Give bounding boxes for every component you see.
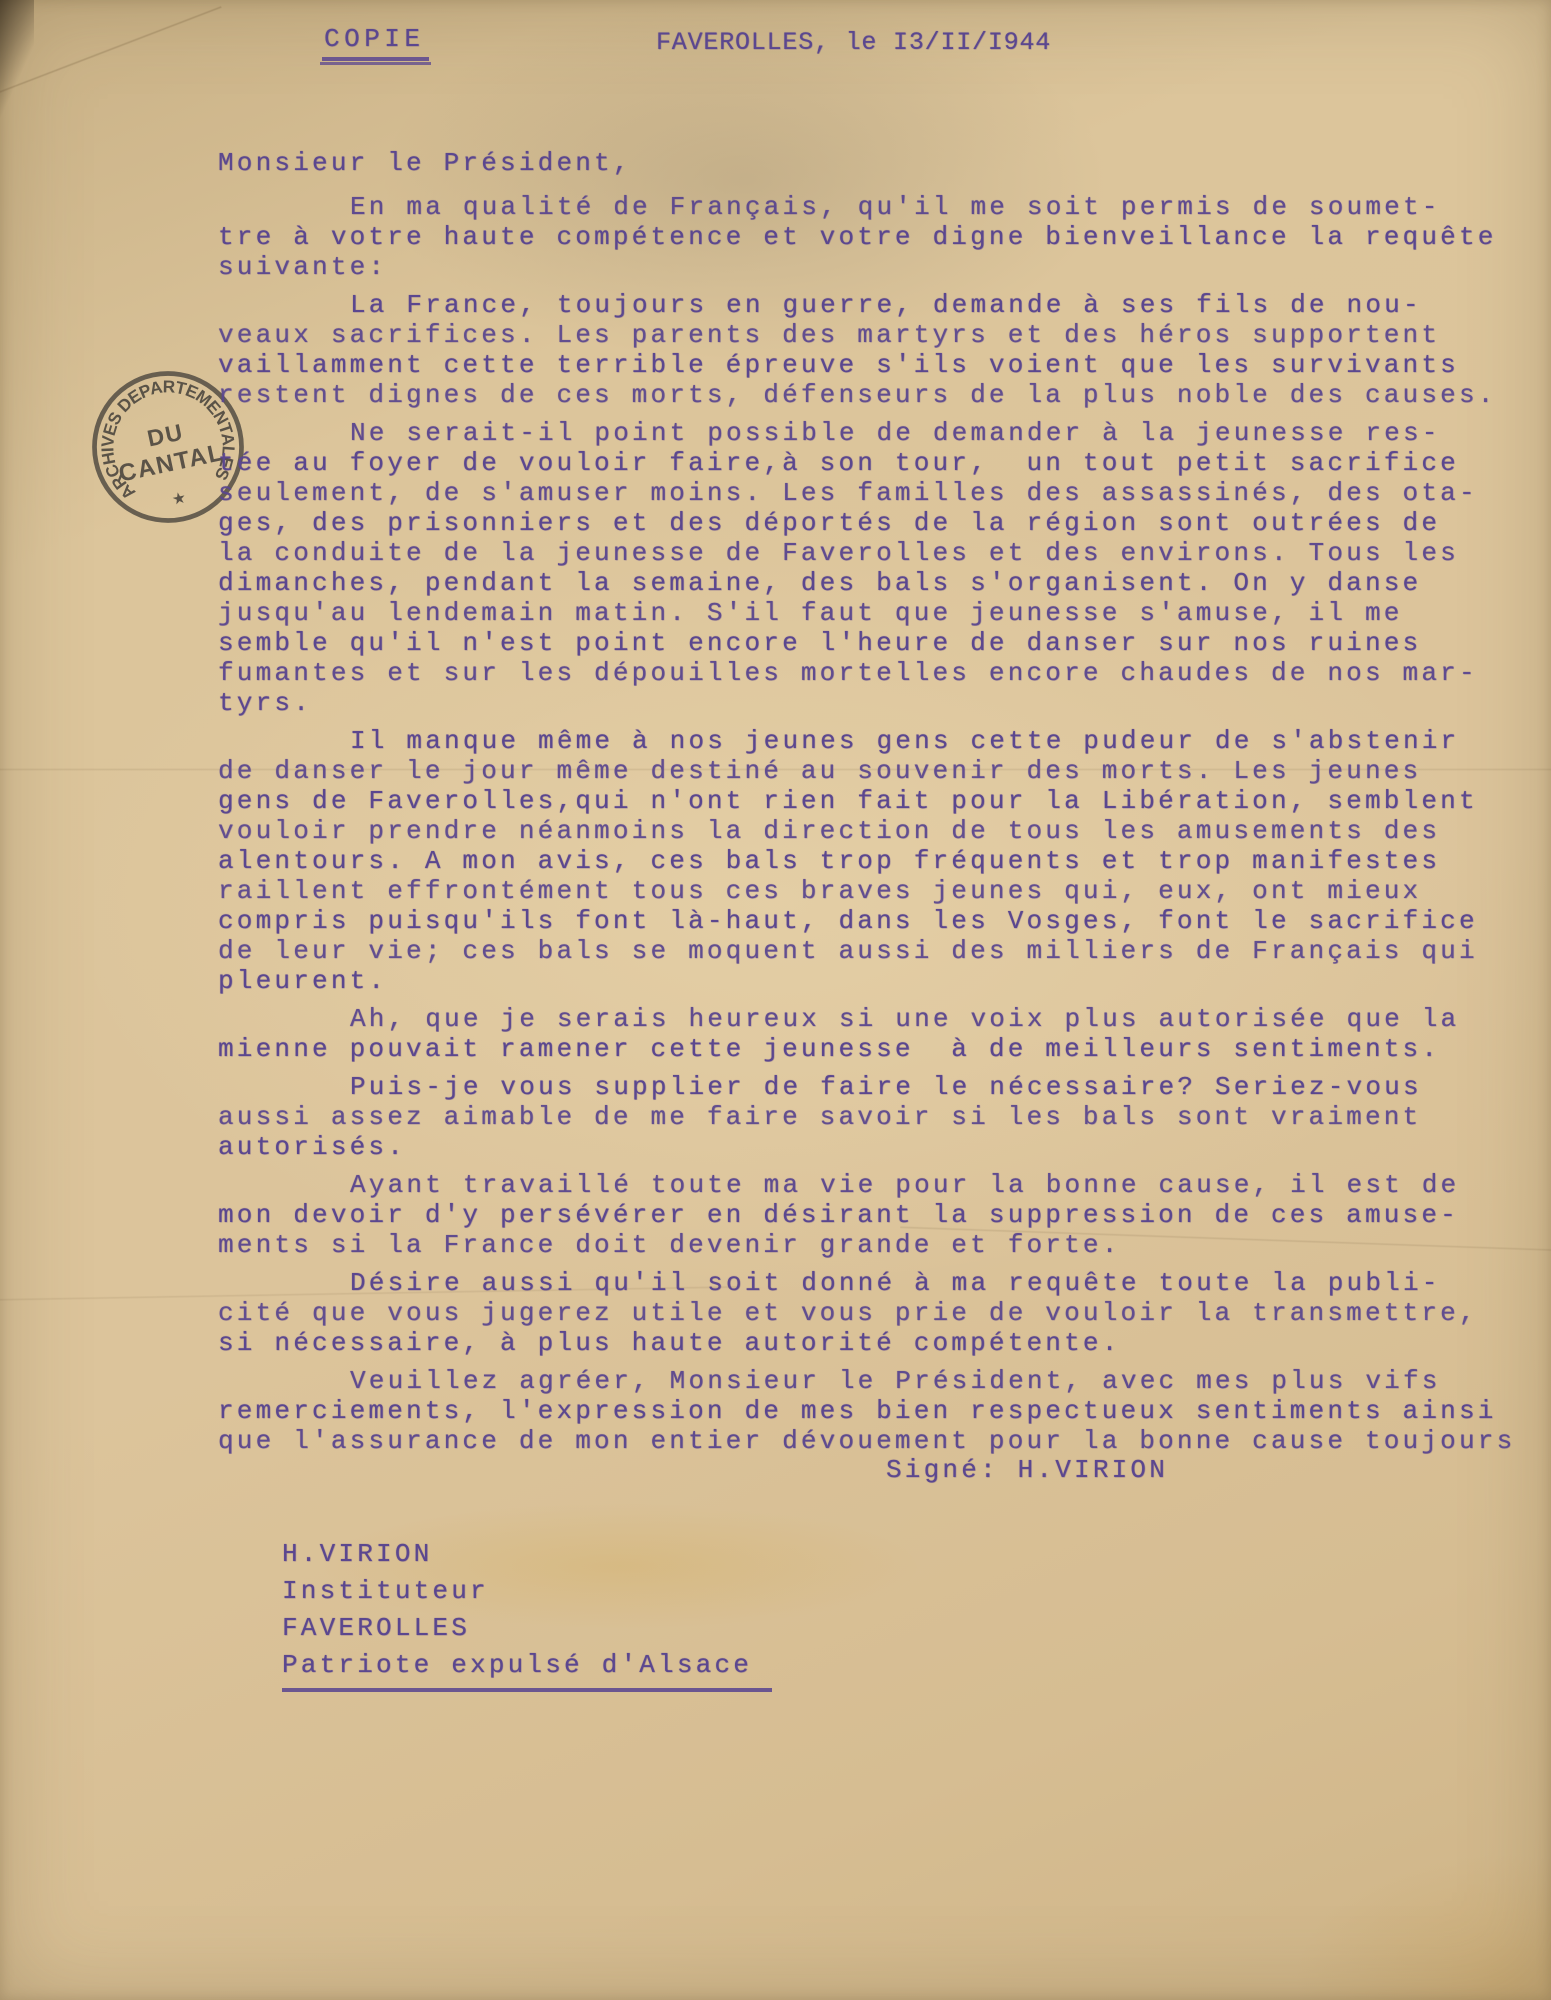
letter-line: si nécessaire, à plus haute autorité com… bbox=[218, 1328, 1538, 1358]
letter-line: seulement, de s'amuser moins. Les famill… bbox=[218, 478, 1538, 508]
letter-line: pleurent. bbox=[218, 966, 1538, 996]
letter-line: aussi assez aimable de me faire savoir s… bbox=[218, 1102, 1538, 1132]
salutation: Monsieur le Président, bbox=[218, 148, 1538, 178]
letter-line: dimanches, pendant la semaine, des bals … bbox=[218, 568, 1538, 598]
letter-line: Désire aussi qu'il soit donné à ma requê… bbox=[218, 1268, 1538, 1298]
paragraph: Ayant travaillé toute ma vie pour la bon… bbox=[218, 1170, 1538, 1260]
letter-line: ments si la France doit devenir grande e… bbox=[218, 1230, 1538, 1260]
signature-title: Instituteur bbox=[282, 1573, 772, 1610]
letter-line: mienne pouvait ramener cette jeunesse à … bbox=[218, 1034, 1538, 1064]
paragraph: Ah, que je serais heureux si une voix pl… bbox=[218, 1004, 1538, 1064]
letter-line: suivante: bbox=[218, 252, 1538, 282]
signature-name: H.VIRION bbox=[282, 1536, 772, 1573]
letter-line: Ne serait-il point possible de demander … bbox=[218, 418, 1538, 448]
paragraph: Veuillez agréer, Monsieur le Président, … bbox=[218, 1366, 1538, 1456]
dateline: FAVEROLLES, le I3/II/I944 bbox=[656, 28, 1051, 57]
letter-line: tée au foyer de vouloir faire,à son tour… bbox=[218, 448, 1538, 478]
stamp-star-icon: ★ bbox=[170, 489, 187, 509]
letter-line: semble qu'il n'est point encore l'heure … bbox=[218, 628, 1538, 658]
letter-line: la conduite de la jeunesse de Faverolles… bbox=[218, 538, 1538, 568]
paragraph: En ma qualité de Français, qu'il me soit… bbox=[218, 192, 1538, 282]
scan-corner-shadow bbox=[0, 0, 34, 120]
letter-line: La France, toujours en guerre, demande à… bbox=[218, 290, 1538, 320]
letter-line: Veuillez agréer, Monsieur le Président, … bbox=[218, 1366, 1538, 1396]
letter-line: cité que vous jugerez utile et vous prie… bbox=[218, 1298, 1538, 1328]
letter-line: En ma qualité de Français, qu'il me soit… bbox=[218, 192, 1538, 222]
letter-line: que l'assurance de mon entier dévouement… bbox=[218, 1426, 1538, 1456]
letter-line: compris puisqu'ils font là-haut, dans le… bbox=[218, 906, 1538, 936]
letter-line: Puis-je vous supplier de faire le nécess… bbox=[218, 1072, 1538, 1102]
letter-line: tyrs. bbox=[218, 688, 1538, 718]
letter-line: jusqu'au lendemain matin. S'il faut que … bbox=[218, 598, 1538, 628]
letter-line: remerciements, l'expression de mes bien … bbox=[218, 1396, 1538, 1426]
signature-place: FAVEROLLES bbox=[282, 1610, 772, 1647]
letter-line: restent dignes de ces morts, défenseurs … bbox=[218, 380, 1538, 410]
signed-line: Signé: H.VIRION bbox=[886, 1455, 1168, 1485]
paragraph: La France, toujours en guerre, demande à… bbox=[218, 290, 1538, 410]
letter-line: raillent effrontément tous ces braves je… bbox=[218, 876, 1538, 906]
copy-label: COPIE bbox=[322, 24, 429, 61]
letter-line: autorisés. bbox=[218, 1132, 1538, 1162]
letter-line: veaux sacrifices. Les parents des martyr… bbox=[218, 320, 1538, 350]
signature-block: H.VIRION Instituteur FAVEROLLES Patriote… bbox=[282, 1536, 772, 1692]
letter-line: Ayant travaillé toute ma vie pour la bon… bbox=[218, 1170, 1538, 1200]
paragraph: Désire aussi qu'il soit donné à ma requê… bbox=[218, 1268, 1538, 1358]
letter-page: COPIE FAVEROLLES, le I3/II/I944 ARCHIVES… bbox=[0, 0, 1551, 2000]
stamp-center-du: DU bbox=[145, 419, 186, 452]
signature-note: Patriote expulsé d'Alsace bbox=[282, 1647, 772, 1692]
paragraph: Il manque même à nos jeunes gens cette p… bbox=[218, 726, 1538, 996]
letter-line: de leur vie; ces bals se moquent aussi d… bbox=[218, 936, 1538, 966]
letter-line: tre à votre haute compétence et votre di… bbox=[218, 222, 1538, 252]
letter-line: alentours. A mon avis, ces bals trop fré… bbox=[218, 846, 1538, 876]
letter-line: vouloir prendre néanmoins la direction d… bbox=[218, 816, 1538, 846]
letter-line: mon devoir d'y persévérer en désirant la… bbox=[218, 1200, 1538, 1230]
letter-line: Ah, que je serais heureux si une voix pl… bbox=[218, 1004, 1538, 1034]
letter-line: fumantes et sur les dépouilles mortelles… bbox=[218, 658, 1538, 688]
letter-line: gens de Faverolles,qui n'ont rien fait p… bbox=[218, 786, 1538, 816]
letter-body: Monsieur le Président, En ma qualité de … bbox=[218, 148, 1538, 1456]
paragraph: Ne serait-il point possible de demander … bbox=[218, 418, 1538, 718]
paragraph: Puis-je vous supplier de faire le nécess… bbox=[218, 1072, 1538, 1162]
letter-line: ges, des prisonniers et des déportés de … bbox=[218, 508, 1538, 538]
letter-line: vaillamment cette terrible épreuve s'ils… bbox=[218, 350, 1538, 380]
letter-line: Il manque même à nos jeunes gens cette p… bbox=[218, 726, 1538, 756]
letter-line: de danser le jour même destiné au souven… bbox=[218, 756, 1538, 786]
